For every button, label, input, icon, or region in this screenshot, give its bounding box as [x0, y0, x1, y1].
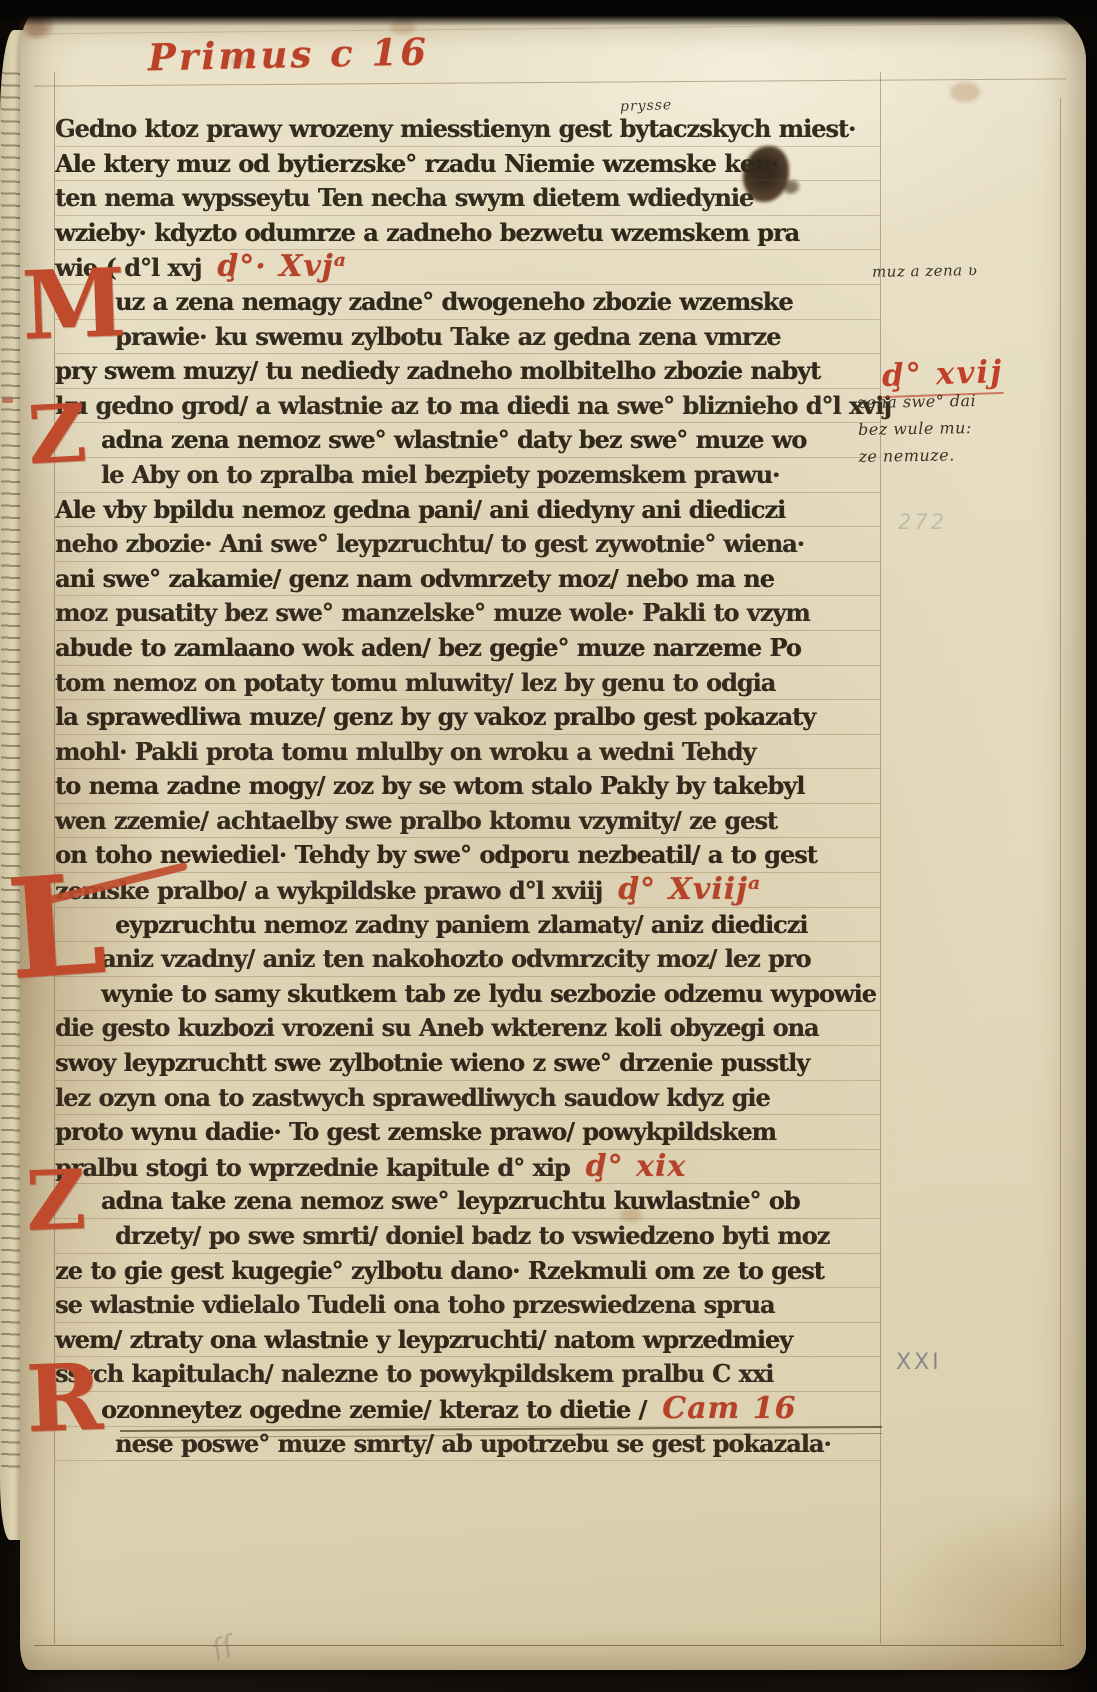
- illuminated-initial-r: R: [24, 1351, 104, 1446]
- text-line: ani swe° zakamie/ genz nam odvmrzety moz…: [55, 562, 880, 597]
- margin-note-side-line: ze nemuze.: [858, 441, 977, 470]
- text-line-ink: wzieby· kdyzto odumrze a zadneho bezwetu…: [55, 218, 799, 247]
- manuscript-photo: Primus c 16 prysse Gedno ktoz prawy wroz…: [0, 0, 1097, 1692]
- text-line-ink: wynie to samy skutkem tab ze lydu sezboz…: [101, 979, 876, 1008]
- text-line-ink: wen zzemie/ achtaelby swe pralbo ktomu v…: [55, 806, 777, 835]
- text-line: wie ( d°l xvjḑ°· Xvjᵃ: [55, 250, 880, 285]
- text-line-ink: mohl· Pakli prota tomu mlulby on wroku a…: [55, 737, 755, 766]
- text-line: to nema zadne mogy/ zoz by se wtom stalo…: [55, 769, 880, 804]
- text-line-ink: to nema zadne mogy/ zoz by se wtom stalo…: [55, 771, 804, 800]
- text-line-ink: ssych kapitulach/ nalezne to powykpildsk…: [55, 1359, 773, 1388]
- text-line: ssych kapitulach/ nalezne to powykpildsk…: [55, 1357, 880, 1392]
- text-line: adna zena nemoz swe° wlastnie° daty bez …: [55, 423, 880, 458]
- text-line: die gesto kuzbozi vrozeni su Aneb wktere…: [55, 1011, 880, 1046]
- margin-note-side-line: bez wule mu:: [858, 414, 977, 443]
- text-line-ink: lez ozyn ona to zastwych sprawedliwych s…: [55, 1083, 770, 1112]
- text-line: mohl· Pakli prota tomu mlulby on wroku a…: [55, 735, 880, 770]
- text-line: wem/ ztraty ona wlastnie y leypzruchti/ …: [55, 1323, 880, 1358]
- text-line-ink: swoy leypzruchtt swe zylbotnie wieno z s…: [55, 1048, 809, 1077]
- text-line: proto wynu dadie· To gest zemske prawo/ …: [55, 1115, 880, 1150]
- foxing-spot: [950, 82, 980, 102]
- text-line: swoy leypzruchtt swe zylbotnie wieno z s…: [55, 1046, 880, 1081]
- text-line: abude to zamlaano wok aden/ bez gegie° m…: [55, 631, 880, 666]
- text-line-ink: ze to gie gest kugegie° zylbotu dano· Rz…: [55, 1256, 824, 1285]
- parchment-page: Primus c 16 prysse Gedno ktoz prawy wroz…: [20, 12, 1086, 1670]
- text-line-ink: pry swem muzy/ tu nediedy zadneho molbit…: [55, 356, 820, 385]
- text-line: wynie to samy skutkem tab ze lydu sezboz…: [55, 977, 880, 1012]
- text-line: Ale ktery muz od bytierzske° rzadu Niemi…: [55, 147, 880, 182]
- text-line-ink: la sprawedliwa muze/ genz by gy vakoz pr…: [55, 702, 815, 731]
- text-line-ink: adna take zena nemoz swe° leypzruchtu ku…: [101, 1186, 800, 1215]
- text-line: ten nema wypsseytu Ten necha swym dietem…: [55, 181, 880, 216]
- text-line: se wlastnie vdielalo Tudeli ona toho prz…: [55, 1288, 880, 1323]
- pencil-page-number: 272: [898, 510, 947, 534]
- text-line-ink: moz pusatity bez swe° manzelske° muze wo…: [55, 598, 810, 627]
- smudge-near-initial: [20, 12, 54, 38]
- text-line-ink: Gedno ktoz prawy wrozeny miesstienyn ges…: [55, 114, 855, 143]
- margin-note-muz-a-zena: muz a zena ʋ: [872, 257, 978, 286]
- text-line-ink: tom nemoz on potaty tomu mluwity/ lez by…: [55, 668, 775, 697]
- text-line-ink: eypzruchtu nemoz zadny paniem zlamaty/ a…: [115, 910, 807, 939]
- text-line: moz pusatity bez swe° manzelske° muze wo…: [55, 596, 880, 631]
- ruling-line-top-faint: [30, 23, 1070, 35]
- text-line-ink: abude to zamlaano wok aden/ bez gegie° m…: [55, 633, 801, 662]
- text-line: tom nemoz on potaty tomu mluwity/ lez by…: [55, 666, 880, 701]
- text-line: la sprawedliwa muze/ genz by gy vakoz pr…: [55, 700, 880, 735]
- margin-note-side: zena swe° dai bez wule mu: ze nemuze.: [857, 387, 977, 470]
- text-line: lez ozyn ona to zastwych sprawedliwych s…: [55, 1081, 880, 1116]
- text-line-ink: se wlastnie vdielalo Tudeli ona toho prz…: [55, 1290, 774, 1319]
- text-line-ink: pralbu stogi to wprzednie kapitule d° xi…: [55, 1153, 570, 1182]
- inline-rubric-red: ḑ°· Xvjᵃ: [217, 249, 347, 284]
- text-line: prawie· ku swemu zylbotu Take az gedna z…: [55, 320, 880, 355]
- adjacent-page-red-mark: [2, 398, 13, 403]
- illuminated-initial-z2: Z: [25, 1159, 88, 1243]
- text-line-ink: ten nema wypsseytu Ten necha swym dietem…: [55, 183, 753, 212]
- text-line-ink: ozonneytez ogedne zemie/ kteraz to dieti…: [101, 1395, 646, 1424]
- text-block: Gedno ktoz prawy wrozeny miesstienyn ges…: [55, 112, 880, 1461]
- text-line-ink: die gesto kuzbozi vrozeni su Aneb wktere…: [55, 1013, 818, 1042]
- pencil-quire-number: XXI: [896, 1350, 942, 1375]
- text-line: pry swem muzy/ tu nediedy zadneho molbit…: [55, 354, 880, 389]
- text-line: le Aby on to zpralba miel bezpiety pozem…: [55, 458, 880, 493]
- ruling-line-far-right: [1060, 98, 1061, 1646]
- inline-rubric-red: Cam 16: [662, 1391, 796, 1426]
- illuminated-initial-m: M: [20, 256, 127, 354]
- inline-rubric-red: ḑ° xix: [586, 1149, 687, 1184]
- text-line: neho zbozie· Ani swe° leypzruchtu/ to ge…: [55, 527, 880, 562]
- text-line-ink: aniz vzadny/ aniz ten nakohozto odvmrzci…: [101, 944, 810, 973]
- text-line-ink: Ale vby bpildu nemoz gedna pani/ ani die…: [55, 495, 785, 524]
- illuminated-initial-z: Z: [26, 393, 89, 476]
- inline-rubric-red: ḑ° Xviijᵃ: [618, 872, 761, 907]
- text-line: Ale vby bpildu nemoz gedna pani/ ani die…: [55, 493, 880, 528]
- text-line: ozonneytez ogedne zemie/ kteraz to dieti…: [55, 1392, 880, 1427]
- pencil-pen-trial: ſſ: [207, 1630, 238, 1670]
- text-line: drzety/ po swe smrti/ doniel badz to vsw…: [55, 1219, 880, 1254]
- ruling-line-top: [34, 78, 1066, 86]
- text-line: Gedno ktoz prawy wrozeny miesstienyn ges…: [55, 112, 880, 147]
- ruling-line-right: [880, 72, 881, 1644]
- text-line-ink: le Aby on to zpralba miel bezpiety pozem…: [101, 460, 779, 489]
- text-line: uz a zena nemagy zadne° dwogeneho zbozie…: [55, 285, 880, 320]
- illuminated-initial-l: L: [3, 855, 109, 999]
- text-line-ink: ku gedno grod/ a wlastnie az to ma diedi…: [55, 391, 891, 420]
- text-line: adna take zena nemoz swe° leypzruchtu ku…: [55, 1184, 880, 1219]
- text-line-ink: proto wynu dadie· To gest zemske prawo/ …: [55, 1117, 776, 1146]
- text-line-ink: drzety/ po swe smrti/ doniel badz to vsw…: [115, 1221, 829, 1250]
- text-line: wen zzemie/ achtaelby swe pralbo ktomu v…: [55, 804, 880, 839]
- ruling-line-bottom: [34, 1645, 1064, 1646]
- text-line: zemske pralbo/ a wykpildske prawo d°l xv…: [55, 873, 880, 908]
- text-line: eypzruchtu nemoz zadny paniem zlamaty/ a…: [55, 908, 880, 943]
- text-line: ze to gie gest kugegie° zylbotu dano· Rz…: [55, 1254, 880, 1289]
- text-line-ink: wem/ ztraty ona wlastnie y leypzruchti/ …: [55, 1325, 792, 1354]
- text-line: pralbu stogi to wprzednie kapitule d° xi…: [55, 1150, 880, 1185]
- text-line-ink: adna zena nemoz swe° wlastnie° daty bez …: [101, 425, 806, 454]
- text-line-ink: uz a zena nemagy zadne° dwogeneho zbozie…: [115, 287, 793, 316]
- text-line: aniz vzadny/ aniz ten nakohozto odvmrzci…: [55, 942, 880, 977]
- chapter-heading-rubric: Primus c 16: [148, 29, 469, 80]
- text-line-ink: neho zbozie· Ani swe° leypzruchtu/ to ge…: [55, 529, 804, 558]
- text-line-ink: ani swe° zakamie/ genz nam odvmrzety moz…: [55, 564, 774, 593]
- adjacent-page-script-texture: [1, 70, 21, 1470]
- text-line-ink: prawie· ku swemu zylbotu Take az gedna z…: [115, 322, 780, 351]
- margin-note-side-line: zena swe° dai: [857, 387, 976, 416]
- text-line: ku gedno grod/ a wlastnie az to ma diedi…: [55, 389, 880, 424]
- text-line-ink: Ale ktery muz od bytierzske° rzadu Niemi…: [55, 149, 778, 178]
- text-line: wzieby· kdyzto odumrze a zadneho bezwetu…: [55, 216, 880, 251]
